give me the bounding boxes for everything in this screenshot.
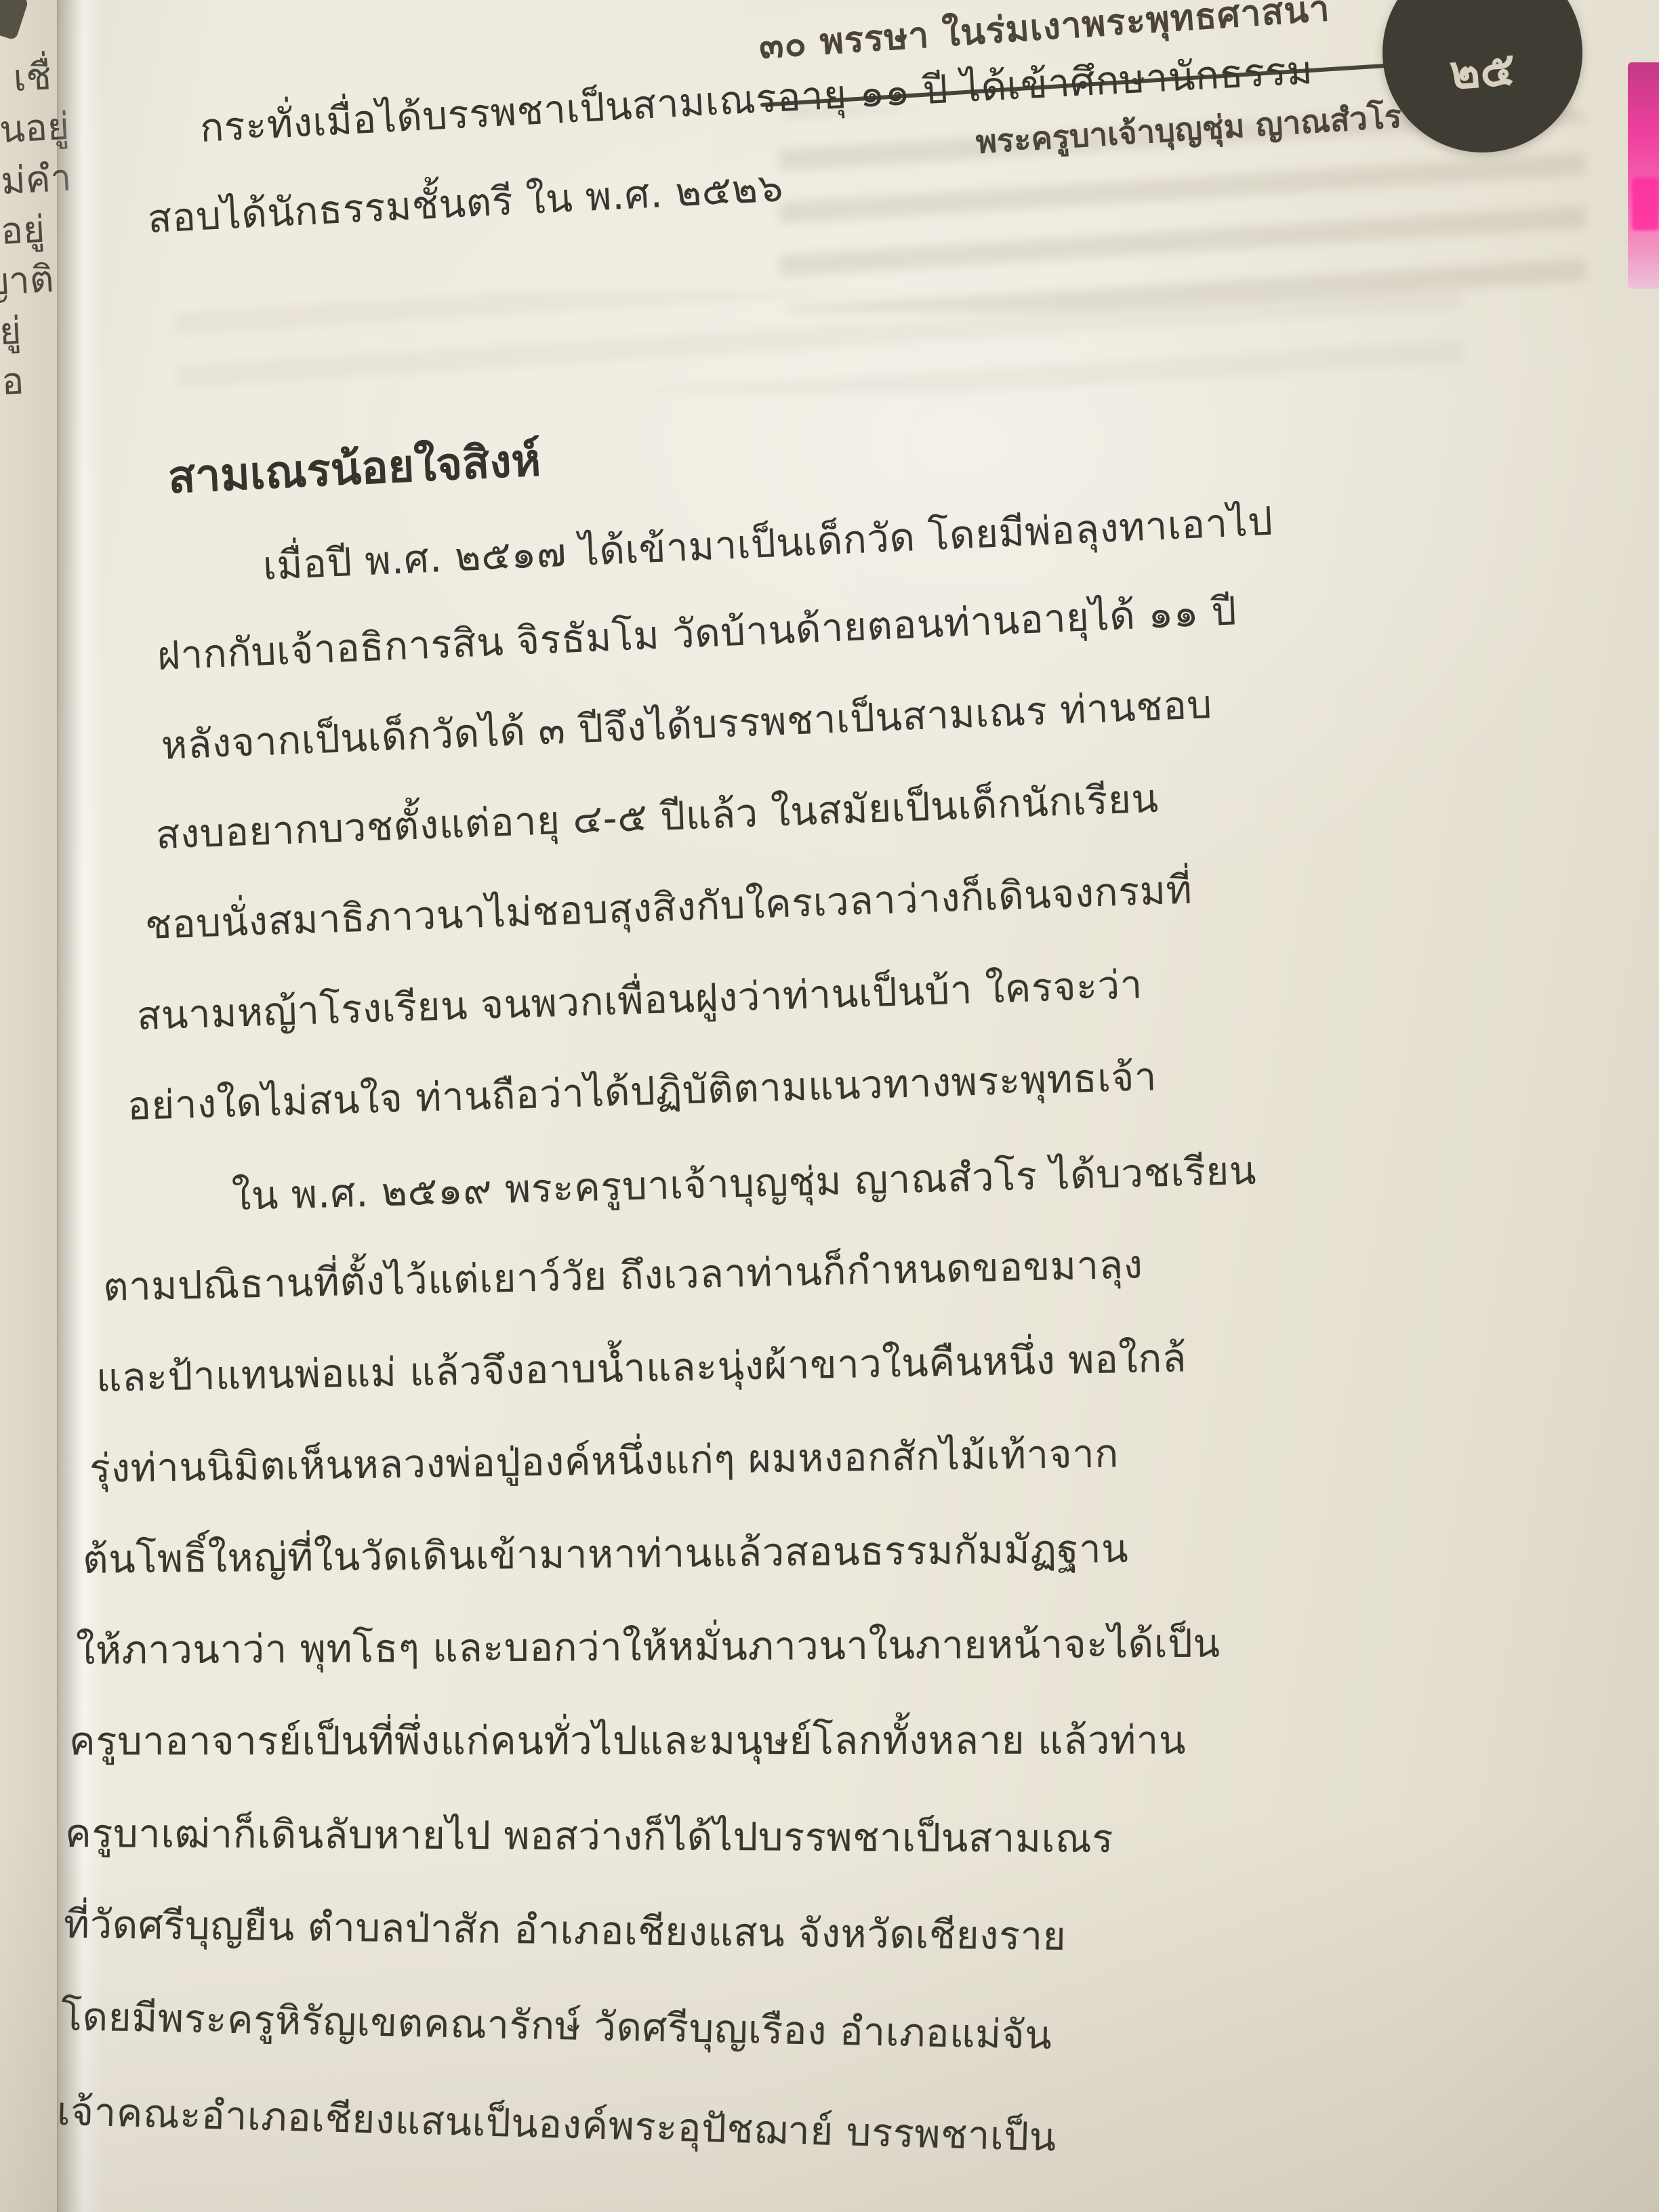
body-line: ที่วัดศรีบุญยืน ตำบลป่าสัก อำเภอเชียงแสน… <box>63 1892 1066 1967</box>
body-line: โดยมีพระครูหิรัญเขตคณารักษ์ วัดศรีบุญเรื… <box>60 1984 1052 2066</box>
left-page-fragment: มอ <box>0 351 25 413</box>
body-line: ครูบาอาจารย์เป็นที่พึ่งแก่คนทั่วไปและมนุ… <box>69 1708 1186 1772</box>
page-number: ๒๕ <box>1448 31 1518 108</box>
page-gutter-shadow <box>57 0 104 2212</box>
body-line: เจ้าคณะอำเภอเชียงแสนเป็นองค์พระอุปัชฌาย์… <box>56 2079 1057 2169</box>
intro-line: สอบได้นักธรรมชั้นตรี ใน พ.ศ. ๒๕๒๖ <box>146 155 785 250</box>
body-line: ต้นโพธิ์ใหญ่ที่ในวัดเดินเข้ามาหาท่านแล้ว… <box>83 1517 1129 1591</box>
body-line: หลังจากเป็นเด็กวัดได้ ๓ ปีจึงได้บรรพชาเป… <box>160 672 1213 777</box>
pink-cover-highlight <box>1632 178 1659 230</box>
page-number-badge: ๒๕ <box>1382 0 1582 152</box>
book-page-photo: ม เชื่ กันอยู่ แม่คำ ปอยู่ ญาติ อยู่ มอ … <box>0 0 1659 2212</box>
body-line: ตามปณิธานที่ตั้งไว้แต่เยาว์วัย ถึงเวลาท่… <box>102 1233 1143 1318</box>
body-line: สนามหญ้าโรงเรียน จนพวกเพื่อนฝูงว่าท่านเป… <box>136 952 1144 1047</box>
body-line: ครูบาเฒ่าก็เดินลับหายไป พอสว่างก็ได้ไปบร… <box>65 1801 1113 1870</box>
body-line: อย่างใดไม่สนใจ ท่านถือว่าได้ปฏิบัติตามแน… <box>127 1044 1158 1137</box>
body-line: สงบอยากบวชตั้งแต่อายุ ๔-๕ ปีแล้ว ในสมัยเ… <box>155 766 1160 866</box>
body-line: ชอบนั่งสมาธิภาวนาไม่ชอบสุงสิงกับใครเวลาว… <box>144 857 1193 956</box>
body-line: ให้ภาวนาว่า พุทโธๆ และบอกว่าให้หมั่นภาวน… <box>76 1612 1221 1681</box>
body-line: รุ่งท่านนิมิตเห็นหลวงพ่อปู่องค์หนึ่งแก่ๆ… <box>89 1421 1119 1500</box>
body-line: ฝากกับเจ้าอธิการสิน จิรธัมโม วัดบ้านด้าย… <box>156 579 1238 687</box>
body-line: และป้าแทนพ่อแม่ แล้วจึงอาบน้ำและนุ่งผ้าข… <box>96 1326 1187 1409</box>
show-through-ghost-text <box>176 291 1464 393</box>
section-heading: สามเณรน้อยใจสิงห์ <box>167 424 543 513</box>
body-line: ใน พ.ศ. ๒๕๑๙ พระครูบาเจ้าบุญชุ่ม ญาณสํวโ… <box>231 1139 1257 1227</box>
body-line: เมื่อปี พ.ศ. ๒๕๑๗ ได้เข้ามาเป็นเด็กวัด โ… <box>262 489 1274 597</box>
pink-cover-strip <box>1628 62 1659 289</box>
